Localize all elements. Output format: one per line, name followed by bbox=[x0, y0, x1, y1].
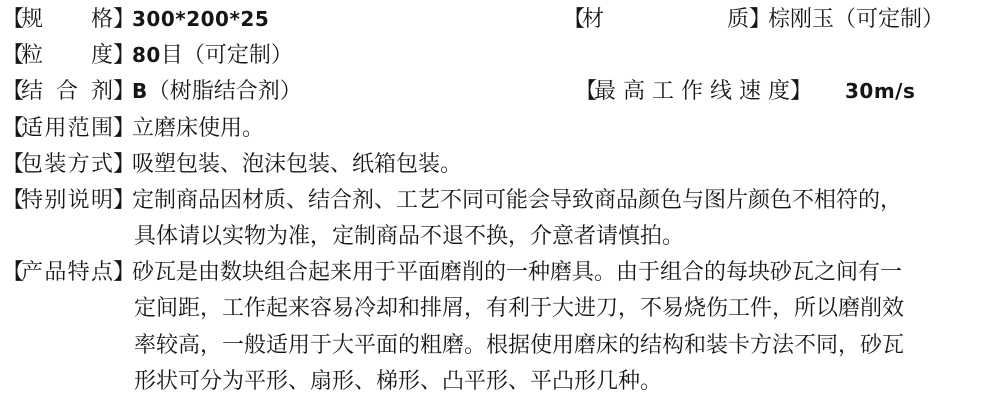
spec-value: 30m/s bbox=[845, 73, 915, 109]
spec-label: 【结合剂】 bbox=[2, 73, 132, 109]
spec-value: 具体请以实物为准，定制商品不退不换，介意者请慎拍。 bbox=[134, 218, 684, 254]
bracket-close: 】 bbox=[113, 110, 132, 146]
spec-text-line: 具体请以实物为准，定制商品不退不换，介意者请慎拍。 bbox=[2, 218, 1000, 254]
spec-label: 【适用范围】 bbox=[2, 110, 132, 146]
numeric-text: 300*200*25 bbox=[132, 7, 269, 31]
spec-label-text: 最高工作线速度 bbox=[594, 73, 790, 109]
bracket-close: 】 bbox=[113, 146, 132, 182]
numeric-text: 30m/s bbox=[845, 79, 915, 103]
spec-label-text: 材质 bbox=[582, 1, 749, 37]
spec-value: 砂瓦是由数块组合起来用于平面磨削的一种磨具。由于组合的每块砂瓦之间有一 bbox=[132, 254, 902, 290]
spec-label: 【规格】 bbox=[2, 1, 132, 37]
spec-value: 率较高，一般适用于大平面的粗磨。根据使用磨床的结构和装卡方法不同，砂瓦 bbox=[134, 327, 904, 363]
spec-label-text: 特别说明 bbox=[21, 182, 113, 218]
spec-value: 形状可分为平形、扇形、梯形、凸平形、平凸形几种。 bbox=[134, 363, 662, 399]
bracket-open: 【 bbox=[575, 73, 594, 109]
bracket-close: 】 bbox=[113, 182, 132, 218]
bracket-close: 】 bbox=[749, 1, 768, 37]
bracket-close: 】 bbox=[113, 37, 132, 73]
bracket-close: 】 bbox=[790, 73, 809, 109]
spec-row-size: 【规格】 300*200*25 【材质】 棕刚玉（可定制） bbox=[2, 1, 1000, 37]
spec-row-application: 【适用范围】 立磨床使用。 bbox=[2, 110, 1000, 146]
spec-row-packaging: 【包装方式】 吸塑包装、泡沫包装、纸箱包装。 bbox=[2, 146, 1000, 182]
bracket-open: 【 bbox=[2, 1, 21, 37]
spec-text-line: 率较高，一般适用于大平面的粗磨。根据使用磨床的结构和装卡方法不同，砂瓦 bbox=[2, 327, 1000, 363]
spec-label-text: 产品特点 bbox=[21, 254, 113, 290]
spec-label-text: 包装方式 bbox=[21, 146, 113, 182]
spec-value: 定制商品因材质、结合剂、工艺不同可能会导致商品颜色与图片颜色不相符的， bbox=[132, 182, 902, 218]
bracket-open: 【 bbox=[2, 110, 21, 146]
spec-label-text: 适用范围 bbox=[21, 110, 113, 146]
spec-value: 立磨床使用。 bbox=[132, 110, 264, 146]
spec-label: 【最高工作线速度】 bbox=[575, 73, 809, 109]
spec-label-text: 结合剂 bbox=[21, 73, 113, 109]
bracket-open: 【 bbox=[2, 73, 21, 109]
spec-row-grit: 【粒度】 80目（可定制） bbox=[2, 37, 1000, 73]
spec-value: 定间距，工作起来容易冷却和排屑，有利于大进刀，不易烧伤工件，所以磨削效 bbox=[134, 290, 904, 326]
bracket-open: 【 bbox=[2, 182, 21, 218]
spec-right-item-max-speed: 【最高工作线速度】 30m/s bbox=[575, 73, 915, 109]
spec-value: B（树脂结合剂） bbox=[132, 73, 302, 109]
spec-value: 吸塑包装、泡沫包装、纸箱包装。 bbox=[132, 146, 462, 182]
spec-value: 300*200*25 bbox=[132, 1, 269, 37]
spec-label-text: 粒度 bbox=[21, 37, 113, 73]
bracket-close: 】 bbox=[113, 73, 132, 109]
spec-label: 【包装方式】 bbox=[2, 146, 132, 182]
product-spec-document: 【规格】 300*200*25 【材质】 棕刚玉（可定制） 【粒度】 80目（可… bbox=[0, 0, 1000, 399]
bracket-open: 【 bbox=[2, 146, 21, 182]
spec-label: 【材质】 bbox=[563, 1, 768, 37]
spec-label: 【产品特点】 bbox=[2, 254, 132, 290]
numeric-text: 80 bbox=[132, 43, 161, 67]
spec-row-special-note: 【特别说明】 定制商品因材质、结合剂、工艺不同可能会导致商品颜色与图片颜色不相符… bbox=[2, 182, 1000, 218]
spec-value: 80目（可定制） bbox=[132, 37, 293, 73]
spec-row-product-features: 【产品特点】 砂瓦是由数块组合起来用于平面磨削的一种磨具。由于组合的每块砂瓦之间… bbox=[2, 254, 1000, 290]
spec-row-bond: 【结合剂】 B（树脂结合剂） 【最高工作线速度】 30m/s bbox=[2, 73, 1000, 109]
spec-label-text: 规格 bbox=[21, 1, 113, 37]
spec-label: 【特别说明】 bbox=[2, 182, 132, 218]
spec-text-line: 形状可分为平形、扇形、梯形、凸平形、平凸形几种。 bbox=[2, 363, 1000, 399]
numeric-text: B bbox=[132, 79, 148, 103]
bracket-open: 【 bbox=[563, 1, 582, 37]
bracket-open: 【 bbox=[2, 254, 21, 290]
spec-text-line: 定间距，工作起来容易冷却和排屑，有利于大进刀，不易烧伤工件，所以磨削效 bbox=[2, 290, 1000, 326]
bracket-open: 【 bbox=[2, 37, 21, 73]
bracket-close: 】 bbox=[113, 1, 132, 37]
spec-right-item-material: 【材质】 棕刚玉（可定制） bbox=[563, 1, 944, 37]
bracket-close: 】 bbox=[113, 254, 132, 290]
spec-value: 棕刚玉（可定制） bbox=[768, 1, 944, 37]
spec-label: 【粒度】 bbox=[2, 37, 132, 73]
